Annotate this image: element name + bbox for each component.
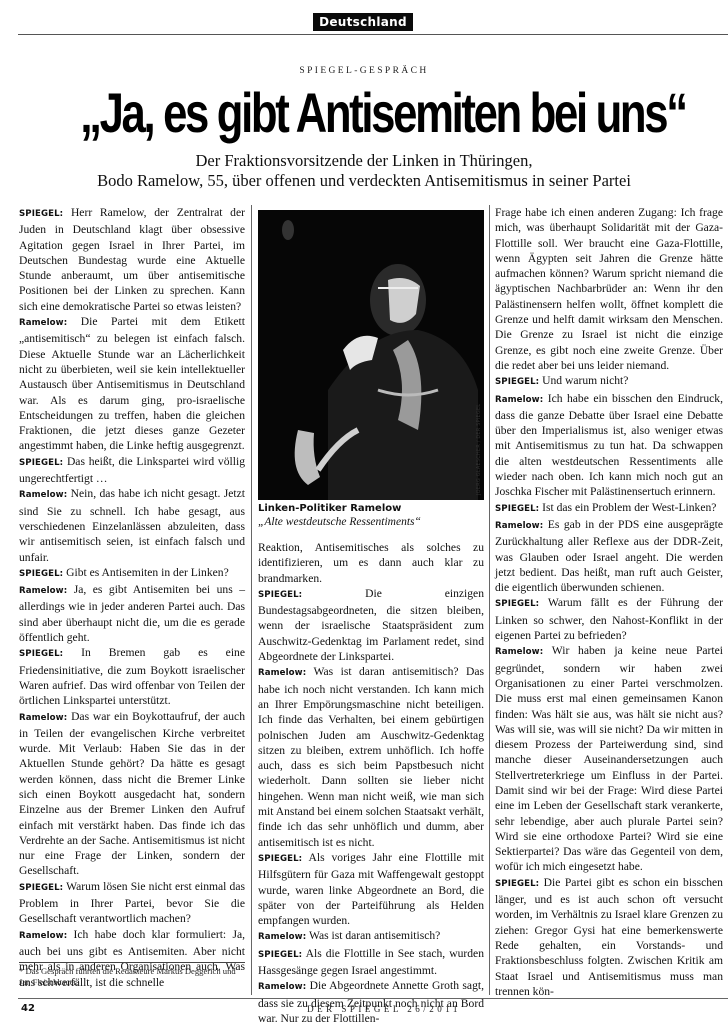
paragraph: Ramelow: Ich habe ein bisschen den Eindr…: [495, 391, 723, 500]
speaker-label: SPIEGEL:: [495, 879, 539, 889]
speaker-label: Ramelow:: [258, 668, 306, 678]
paragraph: SPIEGEL: Warum fällt es der Führung der …: [495, 595, 723, 643]
speaker-label: SPIEGEL:: [19, 458, 63, 468]
column-3: Frage habe ich einen anderen Zugang: Ich…: [495, 205, 723, 999]
kicker: SPIEGEL-GESPRÄCH: [0, 66, 728, 76]
speaker-label: Ramelow:: [19, 318, 67, 328]
paragraph: Ramelow: Das war ein Boykottaufruf, der …: [19, 709, 245, 879]
speaker-label: SPIEGEL:: [495, 504, 539, 514]
footnote: * Das Gespräch führten die Redakteure Ma…: [19, 966, 245, 988]
deck: Der Fraktionsvorsitzende der Linken in T…: [0, 151, 728, 191]
speaker-label: SPIEGEL:: [258, 854, 302, 864]
paragraph: SPIEGEL: Als voriges Jahr eine Flottille…: [258, 850, 484, 928]
paragraph: SPIEGEL: Das heißt, die Linkspartei wird…: [19, 454, 245, 487]
deck-line-1: Der Fraktionsvorsitzende der Linken in T…: [0, 151, 728, 171]
paragraph: Ramelow: Es gab in der PDS eine ausgeprä…: [495, 517, 723, 595]
speaker-label: Ramelow:: [495, 521, 543, 531]
paragraph: SPIEGEL: Gibt es Antisemiten in der Link…: [19, 565, 245, 582]
speaker-label: Ramelow:: [19, 586, 67, 596]
speaker-label: Ramelow:: [495, 395, 543, 405]
caption-title: Linken-Politiker Ramelow: [258, 503, 401, 514]
headline: „Ja, es gibt Antisemiten bei uns“: [80, 82, 648, 144]
portrait-figure-icon: [258, 210, 484, 500]
speaker-label: SPIEGEL:: [19, 569, 63, 579]
paragraph: SPIEGEL: Herr Ramelow, der Zentralrat de…: [19, 205, 245, 314]
bottom-divider: [18, 998, 728, 999]
paragraph: SPIEGEL: Die einzigen Bundestagsabgeordn…: [258, 586, 484, 664]
speaker-label: Ramelow:: [258, 932, 306, 942]
speaker-label: SPIEGEL:: [19, 649, 63, 659]
footnote-divider: [19, 962, 245, 963]
paragraph: Frage habe ich einen anderen Zugang: Ich…: [495, 205, 723, 373]
paragraph: SPIEGEL: Als die Flottille in See stach,…: [258, 946, 484, 979]
paragraph: SPIEGEL: In Bremen gab es eine Friedensi…: [19, 645, 245, 708]
section-label: Deutschland: [313, 13, 413, 31]
speaker-label: Ramelow:: [19, 931, 67, 941]
speaker-label: Ramelow:: [495, 647, 543, 657]
paragraph: SPIEGEL: Und warum nicht?: [495, 373, 723, 390]
paragraph: SPIEGEL: Die Partei gibt es schon ein bi…: [495, 875, 723, 999]
deck-line-2: Bodo Ramelow, 55, über offenen und verde…: [0, 171, 728, 191]
column-1: SPIEGEL: Herr Ramelow, der Zentralrat de…: [19, 205, 245, 990]
caption-quote: „Alte westdeutsche Ressentiments“: [258, 516, 421, 528]
speaker-label: Ramelow:: [19, 713, 67, 723]
column-2: Reaktion, Antisemitisches als solches zu…: [258, 540, 484, 1024]
speaker-label: Ramelow:: [258, 982, 306, 992]
paragraph: Ramelow: Was ist daran antisemitisch? Da…: [258, 664, 484, 850]
column-divider: [489, 205, 490, 995]
paragraph: Ramelow: Wir haben ja keine neue Partei …: [495, 643, 723, 874]
paragraph: Ramelow: Was ist daran antisemitisch?: [258, 928, 484, 945]
speaker-label: SPIEGEL:: [258, 590, 302, 600]
paragraph: SPIEGEL: Warum lösen Sie nicht erst einm…: [19, 879, 245, 927]
speaker-label: SPIEGEL:: [19, 209, 63, 219]
speaker-label: SPIEGEL:: [495, 599, 539, 609]
paragraph: Ramelow: Die Abgeordnete Annette Groth s…: [258, 978, 484, 1024]
top-divider: [18, 34, 728, 35]
speaker-label: SPIEGEL:: [258, 950, 302, 960]
paragraph: Ramelow: Ja, es gibt Antisemiten bei uns…: [19, 582, 245, 645]
speaker-label: SPIEGEL:: [495, 377, 539, 387]
speaker-label: Ramelow:: [19, 490, 67, 500]
paragraph: SPIEGEL: Ist das ein Problem der West-Li…: [495, 500, 723, 517]
photo-credit: JOERG GLAESCHER / DER SPIEGEL: [476, 404, 482, 495]
paragraph: Ramelow: Nein, das habe ich nicht gesagt…: [19, 486, 245, 564]
portrait-photo: [258, 210, 484, 500]
paragraph: Reaktion, Antisemitisches als solches zu…: [258, 540, 484, 586]
paragraph: Ramelow: Die Partei mit dem Etikett „ant…: [19, 314, 245, 454]
magazine-issue: DER SPIEGEL 26/2011: [0, 1004, 728, 1014]
speaker-label: SPIEGEL:: [19, 883, 63, 893]
column-divider: [251, 205, 252, 995]
